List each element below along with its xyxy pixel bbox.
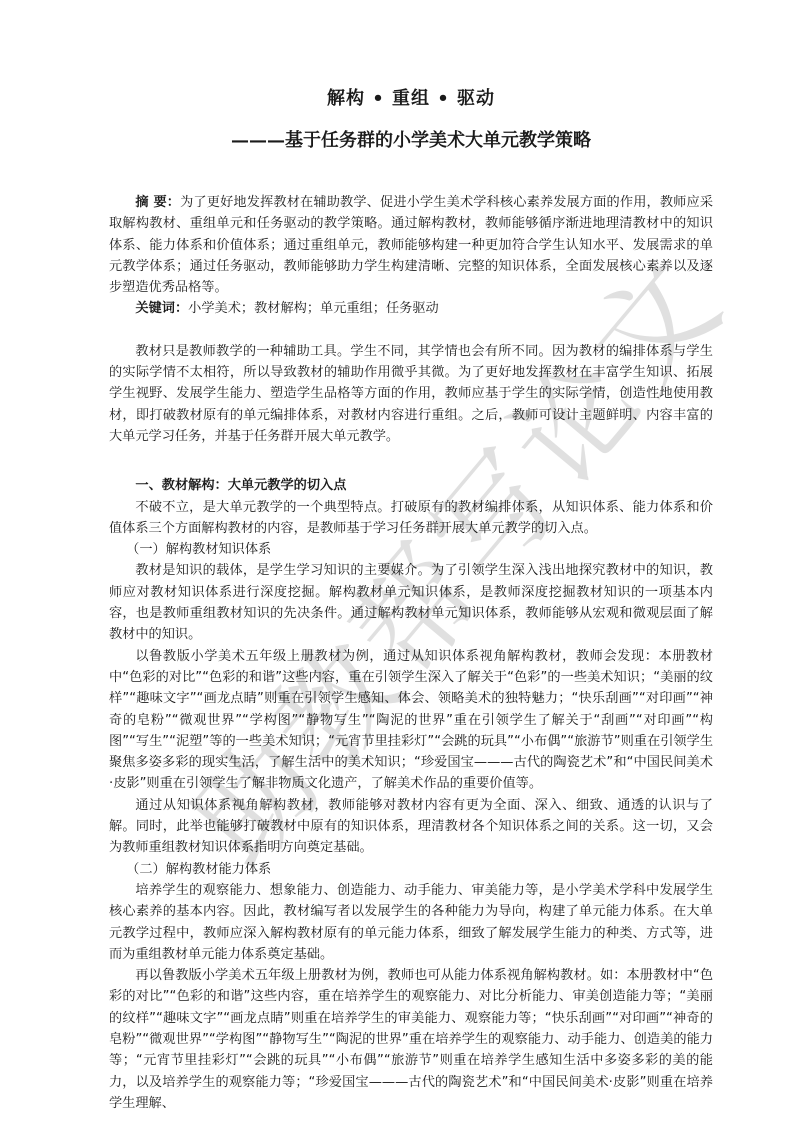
keywords-text: 小学美术；教材解构；单元重组；任务驱动 xyxy=(188,301,439,316)
spacer xyxy=(109,468,713,475)
section-1-intro: 不破不立，是大单元教学的一个典型特点。打破原有的教材编排体系，从知识体系、能力体… xyxy=(109,497,713,540)
abstract: 摘 要：为了更好地发挥教材在辅助教学、促进小学生美术学科核心素养发展方面的作用，… xyxy=(109,192,713,298)
spacer xyxy=(109,447,713,468)
document-page: 助教帮写论文 解构 • 重组 • 驱动 ———基于任务群的小学美术大单元教学策略… xyxy=(0,0,800,1132)
document-title: 解构 • 重组 • 驱动 xyxy=(109,84,713,114)
abstract-text: 为了更好地发挥教材在辅助教学、促进小学生美术学科核心素养发展方面的作用，教师应采… xyxy=(109,195,713,295)
keywords: 关键词：小学美术；教材解构；单元重组；任务驱动 xyxy=(109,298,713,319)
paragraph: 以鲁教版小学美术五年级上册教材为例，通过从知识体系视角解构教材，教师会发现：本册… xyxy=(109,646,713,795)
paragraph: 再以鲁教版小学美术五年级上册教材为例，教师也可从能力体系视角解构教材。如：本册教… xyxy=(109,965,713,1114)
paragraph: 教材是知识的载体，是学生学习知识的主要媒介。为了引领学生深入浅出地探究教材中的知… xyxy=(109,560,713,645)
paragraph: 通过从知识体系视角解构教材，教师能够对教材内容有更为全面、深入、细致、通透的认识… xyxy=(109,795,713,859)
paragraph: 培养学生的观察能力、想象能力、创造能力、动手能力、审美能力等，是小学美术学科中发… xyxy=(109,880,713,965)
intro-paragraph: 教材只是教师教学的一种辅助工具。学生不同，其学情也会有所不同。因为教材的编排体系… xyxy=(109,341,713,447)
subsection-heading-2: （二）解构教材能力体系 xyxy=(109,859,713,880)
section-heading-1: 一、教材解构：大单元教学的切入点 xyxy=(109,475,713,496)
document-content: 解构 • 重组 • 驱动 ———基于任务群的小学美术大单元教学策略 摘 要：为了… xyxy=(109,84,713,1114)
abstract-label: 摘 要： xyxy=(135,195,180,210)
subsection-heading-1: （一）解构教材知识体系 xyxy=(109,539,713,560)
document-subtitle: ———基于任务群的小学美术大单元教学策略 xyxy=(109,126,713,156)
keywords-label: 关键词： xyxy=(135,301,188,316)
spacer xyxy=(109,320,713,341)
